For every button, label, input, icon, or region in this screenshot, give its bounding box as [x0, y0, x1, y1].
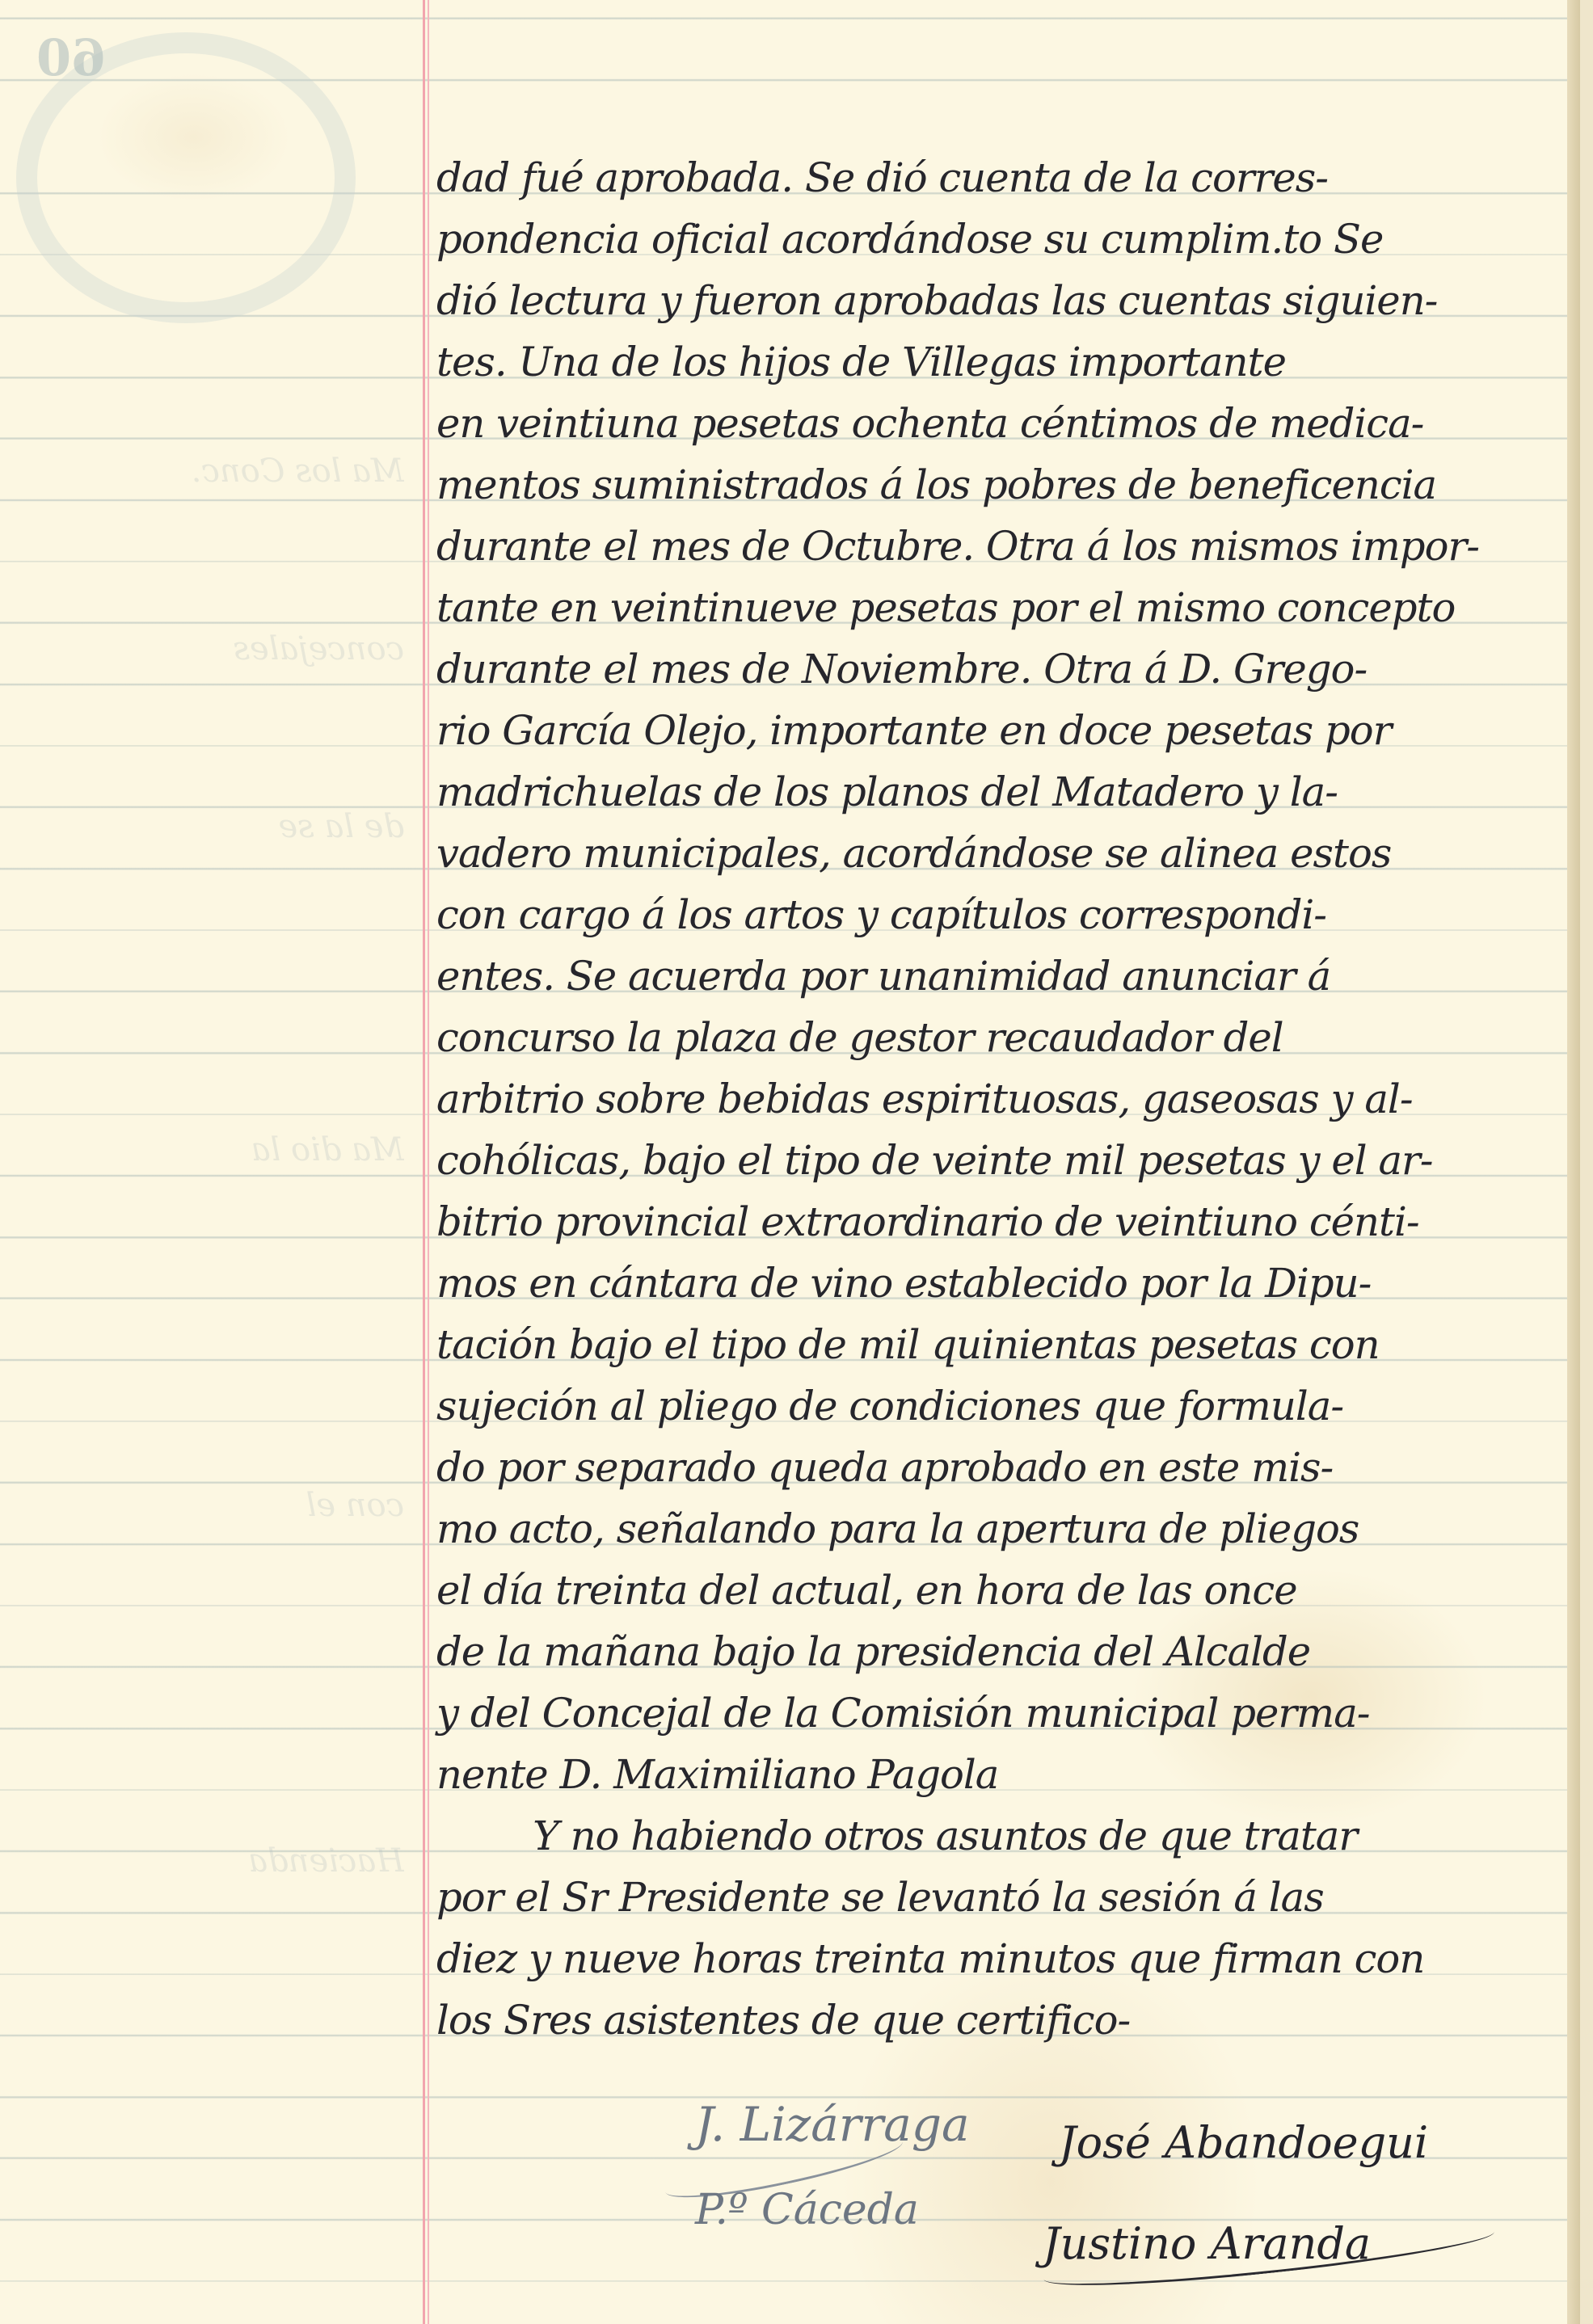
- text-line: en veintiuna pesetas ochenta céntimos de…: [436, 393, 1560, 454]
- margin-rule: [423, 0, 425, 2324]
- bleed-through-text: Ma los Conc.: [0, 453, 404, 490]
- text-line-paragraph-start: Y no habiendo otros asuntos de que trata…: [436, 1805, 1559, 1867]
- text-line: tes. Una de los hijos de Villegas import…: [436, 331, 1560, 393]
- text-line: por el Sr Presidente se levantó la sesió…: [436, 1867, 1560, 1928]
- text-line: sujeción al pliego de condiciones que fo…: [436, 1375, 1560, 1437]
- signature: José Abandoegui: [1059, 2117, 1428, 2168]
- text-line: con cargo á los artos y capítulos corres…: [436, 884, 1560, 945]
- page-number: 60: [36, 28, 106, 87]
- text-line: tación bajo el tipo de mil quinientas pe…: [436, 1314, 1560, 1375]
- text-line: el día treinta del actual, en hora de la…: [436, 1560, 1560, 1621]
- text-line: madrichuelas de los planos del Matadero …: [436, 761, 1560, 823]
- text-line: vadero municipales, acordándose se aline…: [436, 823, 1560, 884]
- document-page: 60 Ma los Conc. concejales de la se Ma d…: [0, 0, 1580, 2324]
- page-edge: [1567, 0, 1580, 2324]
- text-line: diez y nueve horas treinta minutos que f…: [436, 1928, 1560, 1989]
- text-line: mo acto, señalando para la apertura de p…: [436, 1498, 1560, 1560]
- margin-rule-inner: [428, 0, 429, 2324]
- bleed-through-text: Hacienda: [0, 1842, 404, 1880]
- text-line: durante el mes de Octubre. Otra á los mi…: [436, 516, 1560, 577]
- text-line: durante el mes de Noviembre. Otra á D. G…: [436, 638, 1560, 700]
- signature: Justino Aranda: [1043, 2218, 1371, 2269]
- text-line: dad fué aprobada. Se dió cuenta de la co…: [436, 147, 1560, 208]
- bleed-through-text: de la se: [0, 808, 404, 845]
- signature: J. Lizárraga: [695, 2097, 970, 2152]
- text-line: bitrio provincial extraordinario de vein…: [436, 1191, 1560, 1253]
- text-line: cohólicas, bajo el tipo de veinte mil pe…: [436, 1130, 1560, 1191]
- bleed-through-text: concejales: [0, 630, 404, 667]
- text-line: nente D. Maximiliano Pagola: [436, 1744, 1560, 1805]
- bleed-through-text: Ma dio la: [0, 1131, 404, 1168]
- handwritten-body: dad fué aprobada. Se dió cuenta de la co…: [436, 147, 1568, 2051]
- text-line: mentos suministrados á los pobres de ben…: [436, 454, 1560, 516]
- text-line: arbitrio sobre bebidas espirituosas, gas…: [436, 1068, 1560, 1130]
- text-line: concurso la plaza de gestor recaudador d…: [436, 1007, 1560, 1068]
- text-line: rio García Olejo, importante en doce pes…: [436, 700, 1560, 761]
- bleed-through-text: con el: [0, 1487, 404, 1524]
- text-line: do por separado queda aprobado en este m…: [436, 1437, 1560, 1498]
- text-line: mos en cántara de vino establecido por l…: [436, 1253, 1560, 1314]
- text-line: de la mañana bajo la presidencia del Alc…: [436, 1621, 1560, 1682]
- text-line: entes. Se acuerda por unanimidad anuncia…: [436, 945, 1560, 1007]
- text-line: y del Concejal de la Comisión municipal …: [436, 1682, 1560, 1744]
- text-line: dió lectura y fueron aprobadas las cuent…: [436, 270, 1560, 331]
- text-line: los Sres asistentes de que certifico-: [436, 1989, 1560, 2051]
- text-line: tante en veintinueve pesetas por el mism…: [436, 577, 1560, 638]
- signature: P.º Cáceda: [695, 2186, 919, 2234]
- text-line: pondencia oficial acordándose su cumplim…: [436, 208, 1560, 270]
